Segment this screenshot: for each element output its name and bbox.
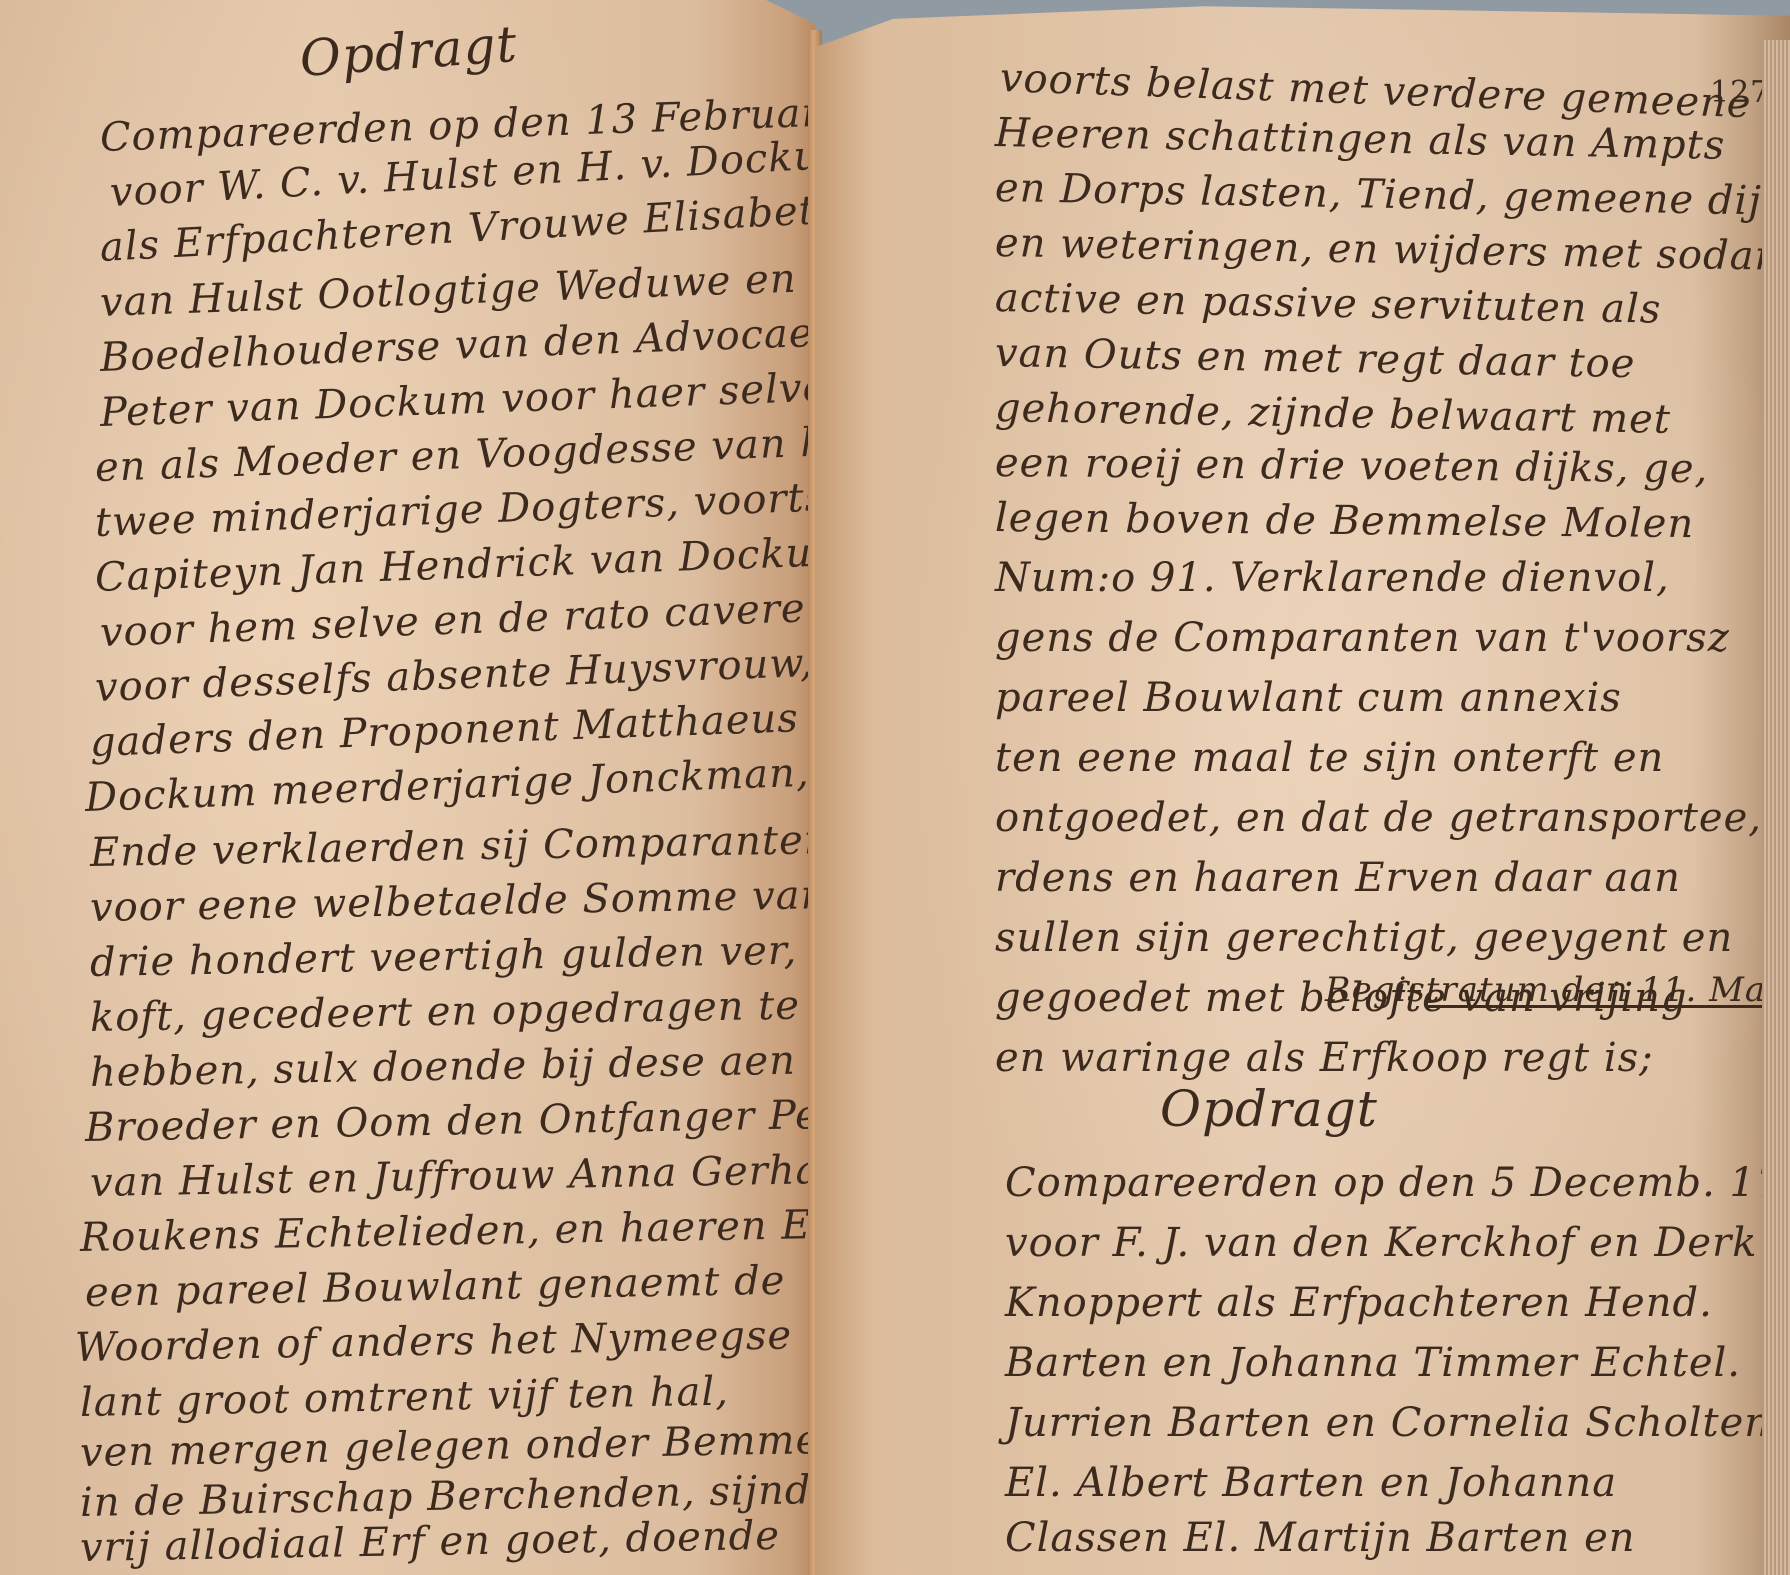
right-line-5: active en passive servituten als (995, 275, 1662, 333)
right-line-9: legen boven de Bemmelse Molen (995, 495, 1695, 547)
second-entry-line-5: Jurrien Barten en Cornelia Scholten (1005, 1400, 1771, 1446)
left-line-22: een pareel Bouwlant genaemt de (85, 1258, 786, 1316)
page-edges (1762, 40, 1790, 1575)
second-entry-line-6: El. Albert Barten en Johanna (1005, 1460, 1617, 1506)
right-line-16: sullen sijn gerechtigt, geeygent en (995, 915, 1733, 961)
right-line-10: Num:o 91. Verklarende dienvol, (995, 555, 1670, 601)
left-line-19: Broeder en Oom den Ontfanger Peter (85, 1091, 882, 1151)
registration-underline (1425, 1005, 1775, 1008)
registration-note: Registratum den 11. Maert 1747 (1325, 970, 1790, 1010)
left-line-15: voor eene welbetaelde Somme van (90, 872, 828, 931)
right-line-12: pareel Bouwlant cum annexis (995, 675, 1622, 721)
left-line-21: Roukens Echtelieden, en haeren Erven, (80, 1200, 921, 1261)
left-line-16: drie hondert veertigh gulden ver, (90, 928, 798, 986)
left-page: Opdragt Compareerden op den 13 Februarij… (0, 0, 815, 1575)
second-entry-line-2: voor F. J. van den Kerckhof en Derk (1005, 1220, 1757, 1266)
left-line-17: koft, gecedeert en opgedragen te (90, 983, 801, 1041)
right-line-18: en waringe als Erfkoop regt is; (995, 1035, 1654, 1081)
second-entry-line-7: Classen El. Martijn Barten en (1005, 1515, 1636, 1561)
left-line-23: Woorden of anders het Nymeegse (75, 1312, 793, 1371)
second-entry-line-1: Compareerden op den 5 Decemb. 1746 (1005, 1160, 1790, 1206)
open-ledger-book: Opdragt Compareerden op den 13 Februarij… (0, 0, 1790, 1575)
right-line-8: een roeij en drie voeten dijks, ge, (995, 440, 1709, 492)
right-line-3: en Dorps lasten, Tiend, gemeene dijck (995, 165, 1790, 225)
left-page-heading: Opdragt (298, 15, 519, 88)
right-line-6: van Outs en met regt daar toe (995, 330, 1636, 387)
right-line-14: ontgoedet, en dat de getransportee, (995, 795, 1762, 841)
right-line-15: rdens en haaren Erven daar aan (995, 855, 1681, 901)
right-line-4: en weteringen, en wijders met sodane (995, 220, 1790, 280)
left-line-14: Ende verklaerden sij Comparanten (90, 817, 831, 876)
left-line-25: ven mergen gelegen onder Bemmel (80, 1417, 835, 1476)
right-line-7: gehorende, zijnde belwaart met (995, 385, 1672, 443)
right-line-11: gens de Comparanten van t'voorsz (995, 615, 1730, 661)
right-page: 127 voorts belast met verdere gemeene He… (815, 0, 1790, 1575)
second-entry-line-3: Knoppert als Erfpachteren Hend. (1005, 1280, 1713, 1326)
left-line-24: lant groot omtrent vijf ten hal, (80, 1369, 730, 1426)
left-line-20: van Hulst en Juffrouw Anna Gerhard (90, 1146, 868, 1206)
left-line-18: hebben, sulx doende bij dese aen haer (90, 1036, 907, 1096)
second-entry-line-4: Barten en Johanna Timmer Echtel. (1005, 1340, 1741, 1386)
right-line-13: ten eene maal te sijn onterft en (995, 735, 1664, 781)
right-page-second-heading: Opdragt (1160, 1080, 1378, 1138)
